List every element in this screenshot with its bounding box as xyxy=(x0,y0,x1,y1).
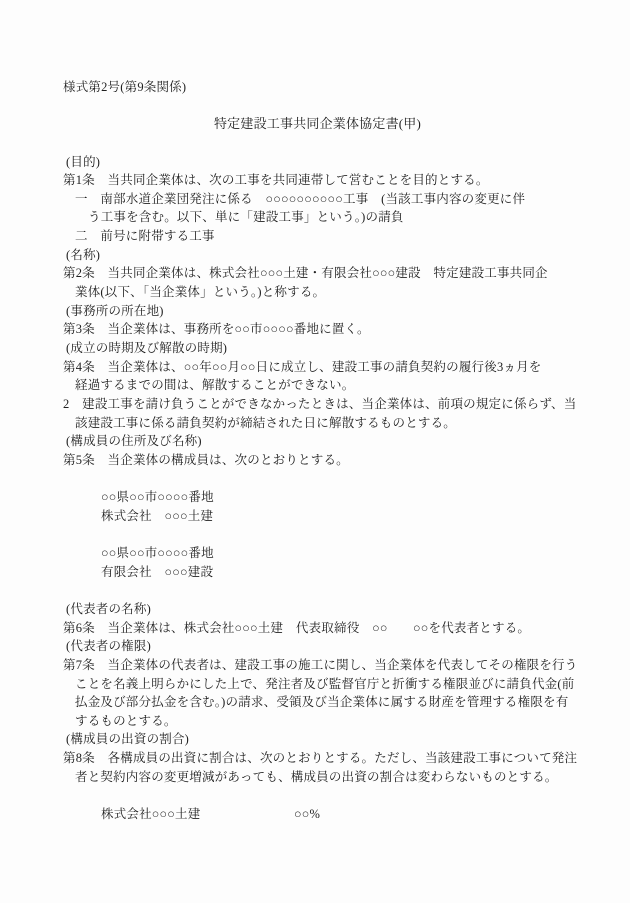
document-line: 二 前号に附帯する工事 xyxy=(63,227,572,246)
blank-line xyxy=(63,786,572,805)
document-line: 第5条 当企業体の構成員は、次のとおりとする。 xyxy=(63,451,572,470)
document-line: 業体(以下、「当企業体」という。)と称する。 xyxy=(63,283,572,302)
form-number: 様式第2号(第9条関係) xyxy=(63,78,572,97)
document-line: 2 建設工事を請け負うことができなかったときは、当企業体は、前項の規定に係らず、… xyxy=(63,395,572,414)
blank-line xyxy=(63,134,572,153)
document-line: (代表者の権限) xyxy=(63,637,572,656)
document-line: ○○県○○市○○○○番地 xyxy=(63,544,572,563)
document-line: 第7条 当企業体の代表者は、建設工事の施工に関し、当企業体を代表してその権限を行… xyxy=(63,656,572,675)
document-line: 第1条 当共同企業体は、次の工事を共同連帯して営むことを目的とする。 xyxy=(63,171,572,190)
document-line: 経過するまでの間は、解散することができない。 xyxy=(63,376,572,395)
document-line: 第8条 各構成員の出資に割合は、次のとおりとする。ただし、当該建設工事について発… xyxy=(63,749,572,768)
document-line: 有限会社 ○○○建設 xyxy=(63,563,572,582)
document-line: するものとする。 xyxy=(63,712,572,731)
document-line: (目的) xyxy=(63,153,572,172)
document-line: (成立の時期及び解散の時期) xyxy=(63,339,572,358)
document-line: (構成員の出資の割合) xyxy=(63,730,572,749)
document-line: 該建設工事に係る請負契約が締結された日に解散するものとする。 xyxy=(63,414,572,433)
document-line: ○○県○○市○○○○番地 xyxy=(63,488,572,507)
document-page: 様式第2号(第9条関係) 特定建設工事共同企業体協定書(甲) (目的)第1条 当… xyxy=(0,0,630,903)
document-line: 第4条 当企業体は、○○年○○月○○日に成立し、建設工事の請負契約の履行後3ヵ月… xyxy=(63,358,572,377)
document-line: (代表者の名称) xyxy=(63,600,572,619)
blank-line xyxy=(63,581,572,600)
document-line: (名称) xyxy=(63,246,572,265)
document-title: 特定建設工事共同企業体協定書(甲) xyxy=(63,115,572,134)
blank-line xyxy=(63,97,572,116)
document-line: 者と契約内容の変更増減があっても、構成員の出資の割合は変わらないものとする。 xyxy=(63,768,572,787)
member-name: 株式会社○○○土建 xyxy=(101,805,294,824)
document-line: 第2条 当共同企業体は、株式会社○○○土建・有限会社○○○建設 特定建設工事共同… xyxy=(63,264,572,283)
blank-line xyxy=(63,469,572,488)
document-line: (事務所の所在地) xyxy=(63,302,572,321)
document-line: 株式会社○○○土建○○% xyxy=(63,805,572,824)
document-line: 株式会社 ○○○土建 xyxy=(63,507,572,526)
document-line: ことを名義上明らかにした上で、発注者及び監督官庁と折衝する権限並びに請負代金(前 xyxy=(63,675,572,694)
member-share: ○○% xyxy=(294,807,320,821)
document-line: 一 南部水道企業団発注に係る ○○○○○○○○○○工事 (当該工事内容の変更に伴 xyxy=(63,190,572,209)
document-line: 第3条 当企業体は、事務所を○○市○○○○番地に置く。 xyxy=(63,320,572,339)
document-content: 様式第2号(第9条関係) 特定建設工事共同企業体協定書(甲) (目的)第1条 当… xyxy=(0,0,630,824)
blank-line xyxy=(63,525,572,544)
document-line: 払金及び部分払金を含む。)の請求、受領及び当企業体に属する財産を管理する権限を有 xyxy=(63,693,572,712)
document-body: (目的)第1条 当共同企業体は、次の工事を共同連帯して営むことを目的とする。一 … xyxy=(63,153,572,824)
document-line: (構成員の住所及び名称) xyxy=(63,432,572,451)
document-line: う工事を含む。以下、単に「建設工事」という。)の請負 xyxy=(63,208,572,227)
document-line: 第6条 当企業体は、株式会社○○○土建 代表取締役 ○○ ○○を代表者とする。 xyxy=(63,619,572,638)
